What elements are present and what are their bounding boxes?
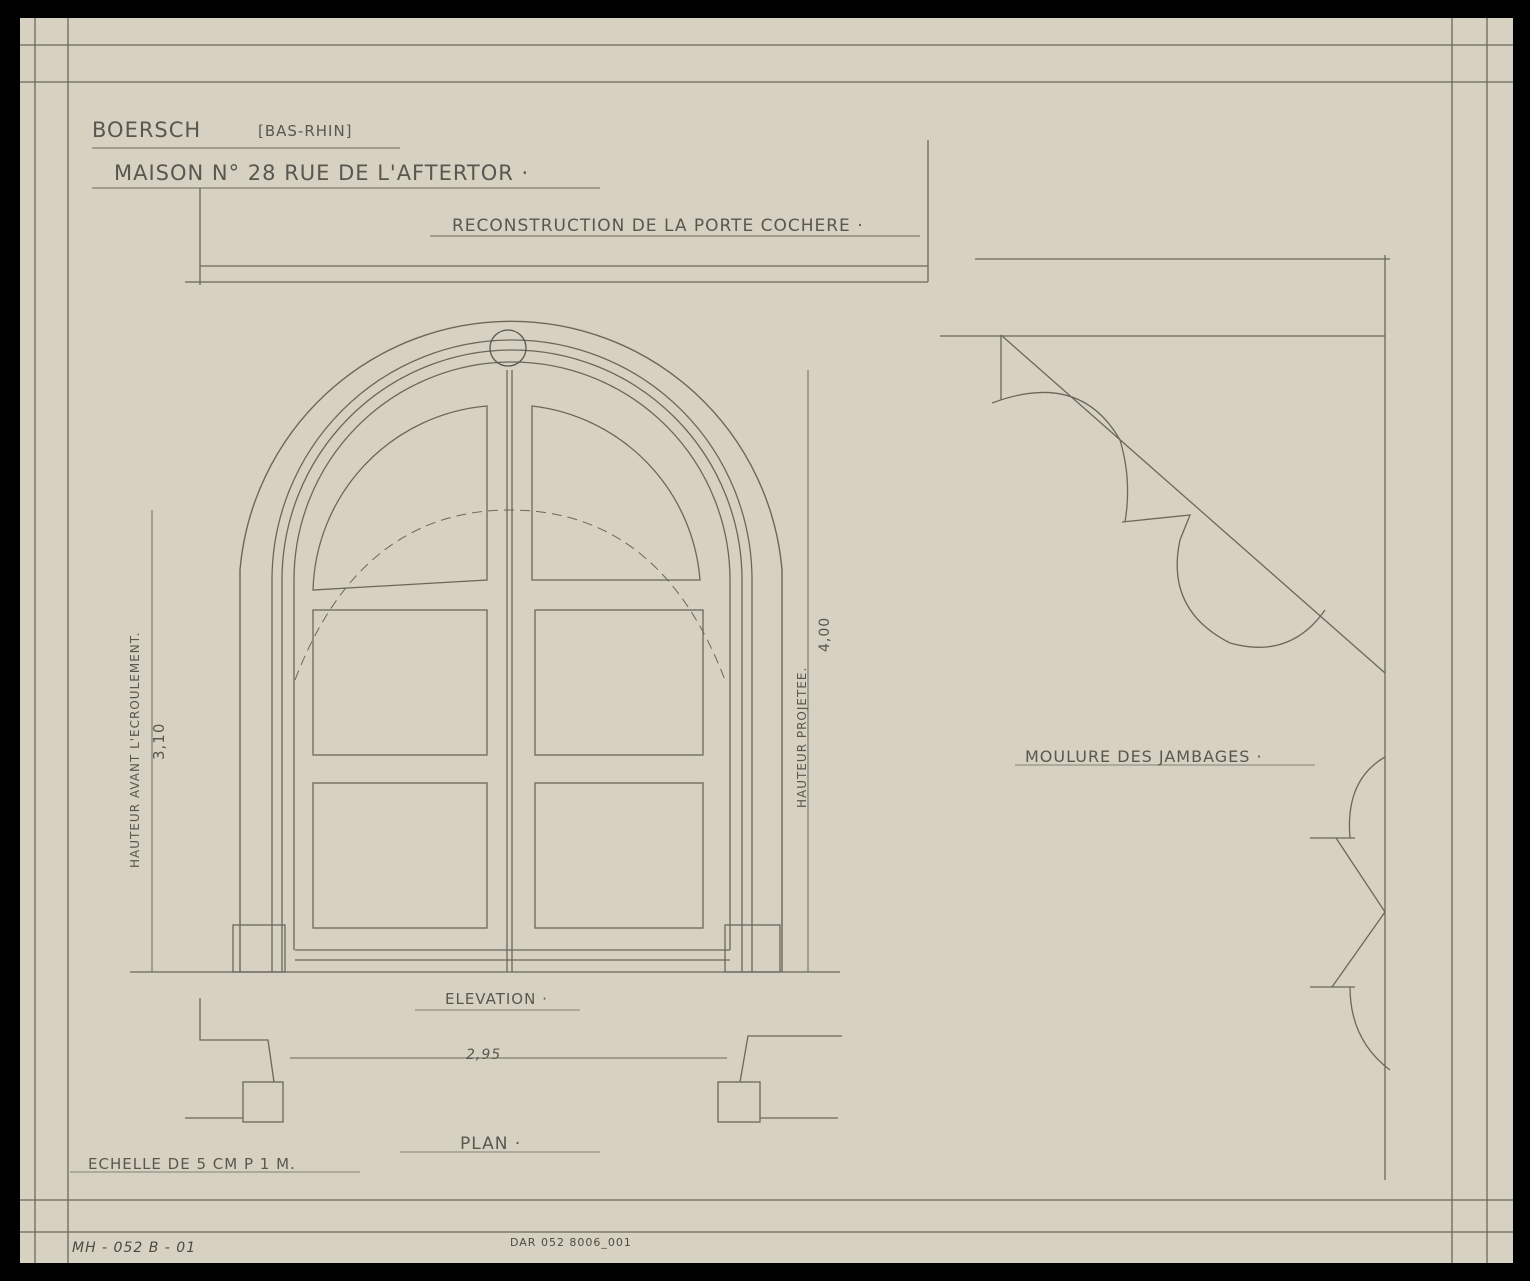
plan-width-dimension: 2,95 bbox=[466, 1047, 501, 1063]
subject-title: RECONSTRUCTION DE LA PORTE COCHERE · bbox=[452, 216, 864, 236]
height-before-collapse-label: HAUTEUR AVANT L'ECROULEMENT. bbox=[128, 632, 142, 869]
architectural-drawing bbox=[0, 0, 1530, 1281]
projected-height-value: 4,00 bbox=[817, 617, 833, 652]
height-before-collapse-value: 3,10 bbox=[150, 723, 168, 760]
keystone-medallion bbox=[490, 330, 526, 366]
archive-reference: DAR 052 8006_001 bbox=[510, 1236, 632, 1249]
town-title: BOERSCH bbox=[92, 118, 201, 142]
sheet-reference: MH - 052 B - 01 bbox=[72, 1240, 196, 1256]
plan-label: PLAN · bbox=[460, 1134, 521, 1154]
region-title: [BAS-RHIN] bbox=[258, 122, 353, 140]
scale-label: ECHELLE DE 5 CM P 1 M. bbox=[88, 1155, 296, 1173]
molding-label: MOULURE DES JAMBAGES · bbox=[1025, 747, 1263, 766]
elevation-label: ELEVATION · bbox=[445, 990, 548, 1008]
address-title: MAISON N° 28 RUE DE L'AFTERTOR · bbox=[114, 161, 529, 185]
projected-height-label: HAUTEUR PROJETEE. bbox=[795, 667, 809, 808]
